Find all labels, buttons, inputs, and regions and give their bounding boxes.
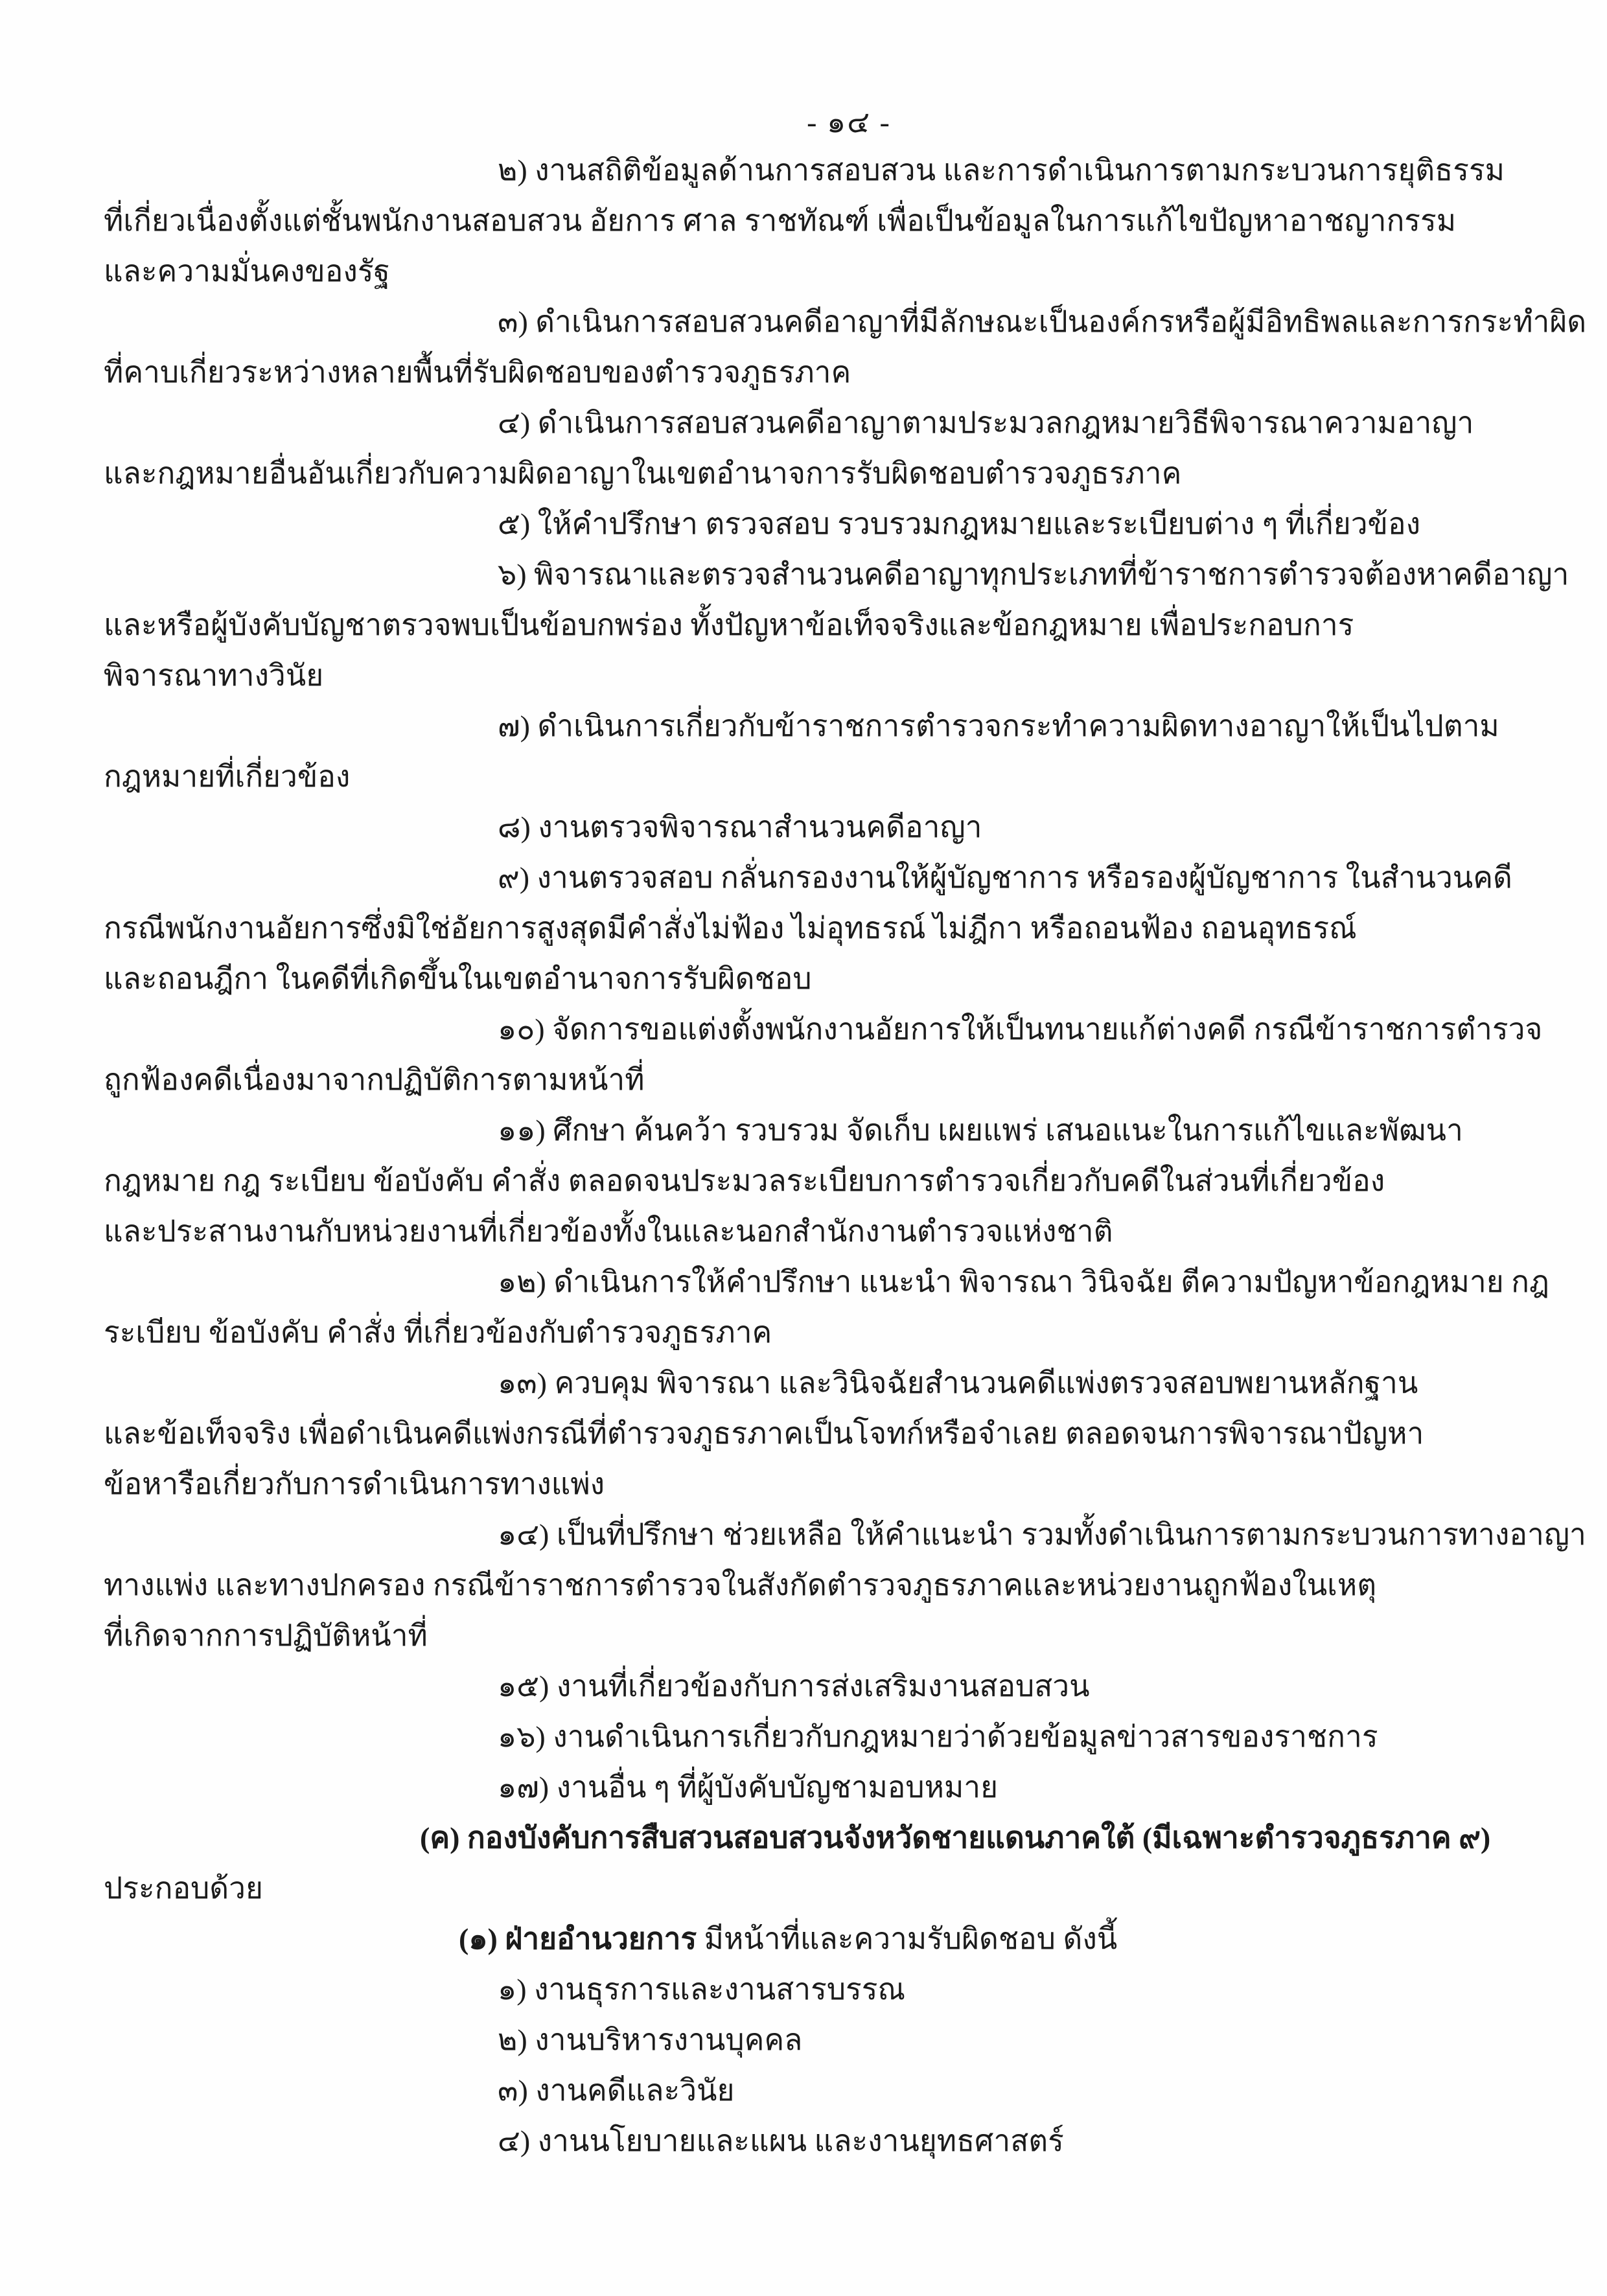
text-line: พิจารณาทางวินัย (104, 650, 1511, 701)
text-run: ๑๔) เป็นที่ปรึกษา ช่วยเหลือ ให้คำแนะนำ ร… (498, 1518, 1586, 1551)
text-run: ๑๒) ดำเนินการให้คำปรึกษา แนะนำ พิจารณา ว… (498, 1265, 1549, 1298)
text-line: ทางแพ่ง และทางปกครอง กรณีข้าราชการตำรวจใ… (104, 1560, 1511, 1611)
text-run: ๙) งานตรวจสอบ กลั่นกรองงานให้ผู้บัญชาการ… (498, 861, 1512, 894)
text-line: ๑๕) งานที่เกี่ยวข้องกับการส่งเสริมงานสอบ… (104, 1661, 1511, 1712)
document-page: - ๑๔ - ๒) งานสถิติข้อมูลด้านการสอบสวน แล… (0, 0, 1607, 2296)
text-run: ๔) งานนโยบายและแผน และงานยุทธศาสตร์ (498, 2124, 1064, 2157)
text-run: ๑๗) งานอื่น ๆ ที่ผู้บังคับบัญชามอบหมาย (498, 1771, 998, 1804)
text-line: ที่เกี่ยวเนื่องตั้งแต่ชั้นพนักงานสอบสวน … (104, 196, 1511, 246)
text-run: ๑) งานธุรการและงานสารบรรณ (498, 1973, 905, 2006)
text-line: ๒) งานสถิติข้อมูลด้านการสอบสวน และการดำเ… (104, 145, 1511, 196)
text-run: และถอนฎีกา ในคดีที่เกิดขึ้นในเขตอำนาจการ… (104, 962, 812, 995)
text-line: กรณีพนักงานอัยการซึ่งมิใช่อัยการสูงสุดมี… (104, 903, 1511, 954)
text-line: ถูกฟ้องคดีเนื่องมาจากปฏิบัติการตามหน้าที… (104, 1055, 1511, 1105)
text-run: กฎหมายที่เกี่ยวข้อง (104, 760, 350, 793)
text-run: ๘) งานตรวจพิจารณาสำนวนคดีอาญา (498, 810, 982, 844)
text-run: ระเบียบ ข้อบังคับ คำสั่ง ที่เกี่ยวข้องกั… (104, 1316, 772, 1349)
text-line: ๕) ให้คำปรึกษา ตรวจสอบ รวบรวมกฎหมายและระ… (104, 499, 1511, 549)
text-run: ๖) พิจารณาและตรวจสำนวนคดีอาญาทุกประเภทที… (498, 558, 1569, 591)
text-line: ที่เกิดจากการปฏิบัติหน้าที่ (104, 1611, 1511, 1661)
text-line: ที่คาบเกี่ยวระหว่างหลายพื้นที่รับผิดชอบข… (104, 347, 1511, 398)
text-run: ๕) ให้คำปรึกษา ตรวจสอบ รวบรวมกฎหมายและระ… (498, 507, 1420, 540)
text-line: ๒) งานบริหารงานบุคคล (104, 2015, 1511, 2065)
text-line: และถอนฎีกา ในคดีที่เกิดขึ้นในเขตอำนาจการ… (104, 954, 1511, 1004)
text-run: ๒) งานบริหารงานบุคคล (498, 2023, 802, 2056)
bold-text-run: (ค) กองบังคับการสืบสวนสอบสวนจังหวัดชายแด… (420, 1821, 1490, 1854)
text-run: และกฎหมายอื่นอันเกี่ยวกับความผิดอาญาในเข… (104, 457, 1181, 490)
text-line: และหรือผู้บังคับบัญชาตรวจพบเป็นข้อบกพร่อ… (104, 600, 1511, 650)
text-run: ที่คาบเกี่ยวระหว่างหลายพื้นที่รับผิดชอบข… (104, 356, 851, 389)
text-line: กฎหมายที่เกี่ยวข้อง (104, 752, 1511, 802)
text-line: และกฎหมายอื่นอันเกี่ยวกับความผิดอาญาในเข… (104, 448, 1511, 499)
text-run: ๑๕) งานที่เกี่ยวข้องกับการส่งเสริมงานสอบ… (498, 1670, 1090, 1703)
text-run: ที่เกิดจากการปฏิบัติหน้าที่ (104, 1619, 428, 1652)
text-line: ๑) งานธุรการและงานสารบรรณ (104, 1964, 1511, 2015)
document-body: ๒) งานสถิติข้อมูลด้านการสอบสวน และการดำเ… (104, 145, 1511, 2166)
text-line: ระเบียบ ข้อบังคับ คำสั่ง ที่เกี่ยวข้องกั… (104, 1307, 1511, 1358)
text-line: ๔) งานนโยบายและแผน และงานยุทธศาสตร์ (104, 2116, 1511, 2166)
text-run: ข้อหารือเกี่ยวกับการดำเนินการทางแพ่ง (104, 1467, 605, 1500)
text-run: และข้อเท็จจริง เพื่อดำเนินคดีแพ่งกรณีที่… (104, 1417, 1424, 1450)
text-line: ๓) ดำเนินการสอบสวนคดีอาญาที่มีลักษณะเป็น… (104, 297, 1511, 347)
text-line: ๑๔) เป็นที่ปรึกษา ช่วยเหลือ ให้คำแนะนำ ร… (104, 1510, 1511, 1560)
text-line: และข้อเท็จจริง เพื่อดำเนินคดีแพ่งกรณีที่… (104, 1408, 1511, 1459)
text-run: ทางแพ่ง และทางปกครอง กรณีข้าราชการตำรวจใ… (104, 1568, 1376, 1601)
text-run: พิจารณาทางวินัย (104, 659, 323, 692)
text-run: ๗) ดำเนินการเกี่ยวกับข้าราชการตำรวจกระทำ… (498, 709, 1499, 742)
text-line: ๗) ดำเนินการเกี่ยวกับข้าราชการตำรวจกระทำ… (104, 701, 1511, 752)
text-run: ๑๑) ศึกษา ค้นคว้า รวบรวม จัดเก็บ เผยแพร่… (498, 1114, 1463, 1147)
text-run: ๓) งานคดีและวินัย (498, 2074, 734, 2107)
text-run: ๓) ดำเนินการสอบสวนคดีอาญาที่มีลักษณะเป็น… (498, 305, 1586, 338)
text-line: ๑๗) งานอื่น ๆ ที่ผู้บังคับบัญชามอบหมาย (104, 1762, 1511, 1813)
text-run: และความมั่นคงของรัฐ (104, 255, 390, 288)
text-line: กฎหมาย กฎ ระเบียบ ข้อบังคับ คำสั่ง ตลอดจ… (104, 1156, 1511, 1206)
text-run: ๔) ดำเนินการสอบสวนคดีอาญาตามประมวลกฎหมาย… (498, 406, 1474, 439)
text-line: (ค) กองบังคับการสืบสวนสอบสวนจังหวัดชายแด… (104, 1813, 1511, 1863)
text-line: ๑๑) ศึกษา ค้นคว้า รวบรวม จัดเก็บ เผยแพร่… (104, 1105, 1511, 1156)
text-line: ๖) พิจารณาและตรวจสำนวนคดีอาญาทุกประเภทที… (104, 549, 1511, 600)
text-line: ๘) งานตรวจพิจารณาสำนวนคดีอาญา (104, 802, 1511, 853)
text-line: ๑๐) จัดการขอแต่งตั้งพนักงานอัยการให้เป็น… (104, 1004, 1511, 1055)
text-line: ๓) งานคดีและวินัย (104, 2065, 1511, 2116)
text-run: ๒) งานสถิติข้อมูลด้านการสอบสวน และการดำเ… (498, 154, 1505, 187)
text-line: และความมั่นคงของรัฐ (104, 246, 1511, 297)
text-line: ๙) งานตรวจสอบ กลั่นกรองงานให้ผู้บัญชาการ… (104, 853, 1511, 903)
text-run: ถูกฟ้องคดีเนื่องมาจากปฏิบัติการตามหน้าที… (104, 1063, 645, 1096)
text-line: (๑) ฝ่ายอำนวยการ มีหน้าที่และความรับผิดช… (104, 1914, 1511, 1964)
text-run: และหรือผู้บังคับบัญชาตรวจพบเป็นข้อบกพร่อ… (104, 608, 1354, 641)
text-line: ข้อหารือเกี่ยวกับการดำเนินการทางแพ่ง (104, 1459, 1511, 1510)
text-run: ๑๐) จัดการขอแต่งตั้งพนักงานอัยการให้เป็น… (498, 1013, 1542, 1046)
text-run: และประสานงานกับหน่วยงานที่เกี่ยวข้องทั้ง… (104, 1215, 1113, 1248)
text-run: ๑๖) งานดำเนินการเกี่ยวกับกฎหมายว่าด้วยข้… (498, 1720, 1378, 1753)
text-line: ประกอบด้วย (104, 1863, 1511, 1914)
text-line: ๑๖) งานดำเนินการเกี่ยวกับกฎหมายว่าด้วยข้… (104, 1712, 1511, 1762)
text-line: ๔) ดำเนินการสอบสวนคดีอาญาตามประมวลกฎหมาย… (104, 398, 1511, 448)
text-run: ประกอบด้วย (104, 1872, 263, 1905)
text-run: กฎหมาย กฎ ระเบียบ ข้อบังคับ คำสั่ง ตลอดจ… (104, 1164, 1385, 1197)
text-line: และประสานงานกับหน่วยงานที่เกี่ยวข้องทั้ง… (104, 1206, 1511, 1257)
text-run: ที่เกี่ยวเนื่องตั้งแต่ชั้นพนักงานสอบสวน … (104, 204, 1456, 237)
text-run: กรณีพนักงานอัยการซึ่งมิใช่อัยการสูงสุดมี… (104, 912, 1357, 945)
text-run: มีหน้าที่และความรับผิดชอบ ดังนี้ (697, 1922, 1117, 1955)
bold-text-run: (๑) ฝ่ายอำนวยการ (459, 1922, 697, 1955)
text-line: ๑๓) ควบคุม พิจารณา และวินิจฉัยสำนวนคดีแพ… (104, 1358, 1511, 1408)
page-number: - ๑๔ - (0, 97, 1607, 148)
text-line: ๑๒) ดำเนินการให้คำปรึกษา แนะนำ พิจารณา ว… (104, 1257, 1511, 1307)
text-run: ๑๓) ควบคุม พิจารณา และวินิจฉัยสำนวนคดีแพ… (498, 1366, 1418, 1399)
